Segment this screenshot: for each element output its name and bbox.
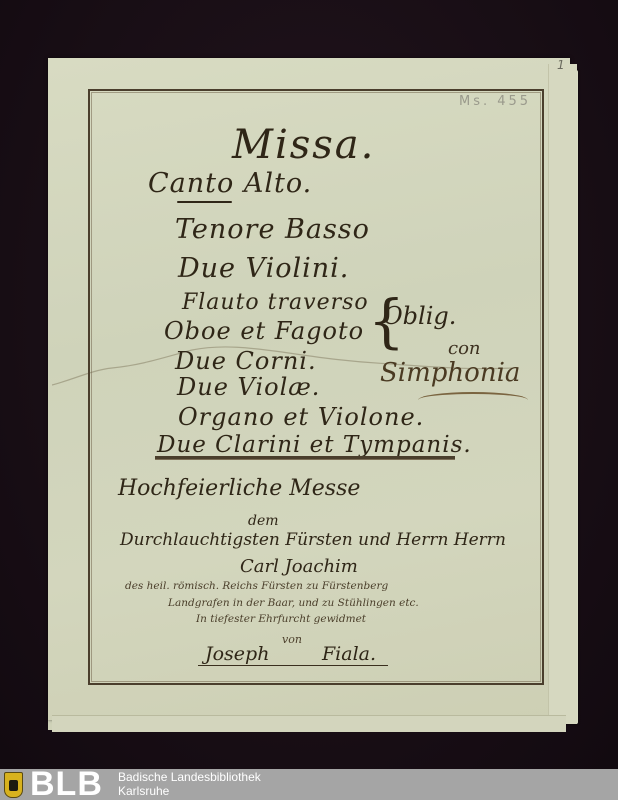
scoring-line-5: Oboe et Fagoto bbox=[164, 317, 364, 345]
scoring-line-8: Organo et Violone. bbox=[178, 403, 424, 431]
dedication-heading: Hochfeierliche Messe bbox=[118, 476, 360, 501]
folio-number: 1 bbox=[557, 58, 565, 72]
simphonia-label: Simphonia bbox=[380, 358, 520, 388]
shelfmark: Ms. 455 bbox=[459, 94, 531, 109]
scoring-line-7: Due Violæ. bbox=[177, 373, 320, 401]
scoring-line-4: Flauto traverso bbox=[182, 290, 369, 315]
library-footer: BLB Badische Landesbibliothek Karlsruhe bbox=[0, 769, 618, 800]
obligato-note: Oblig. bbox=[383, 302, 456, 330]
scoring-line-6: Due Corni. bbox=[175, 347, 317, 375]
scoring-line-9: Due Clarini et Tympanis. bbox=[157, 432, 472, 458]
paper-right-fold bbox=[548, 64, 577, 724]
coat-of-arms-icon bbox=[4, 772, 23, 798]
dedication-line-b: Landgrafen in der Baar, und zu Stühlinge… bbox=[168, 597, 419, 609]
paper-bottom-fold bbox=[52, 715, 566, 732]
scoring-line-2: Tenore Basso bbox=[175, 214, 370, 245]
title-missa: Missa. bbox=[232, 122, 375, 168]
composer-first-name: Joseph bbox=[205, 643, 269, 665]
dedication-name: Carl Joachim bbox=[240, 556, 358, 577]
dedication-von: von bbox=[282, 633, 302, 646]
blb-logo[interactable]: BLB bbox=[30, 767, 103, 800]
library-city: Karlsruhe bbox=[118, 785, 169, 798]
dedication-addressee: Durchlauchtigsten Fürsten und Herrn Herr… bbox=[120, 530, 506, 550]
composer-last-name: Fiala. bbox=[322, 643, 376, 665]
con-label: con bbox=[448, 338, 481, 359]
flourish-line bbox=[177, 201, 232, 203]
swash-flourish bbox=[418, 392, 528, 408]
horizontal-divider bbox=[155, 456, 455, 460]
dedication-line-a: des heil. römisch. Reichs Fürsten zu Für… bbox=[125, 580, 388, 592]
signature-underline bbox=[198, 665, 388, 666]
dedication-dem: dem bbox=[248, 513, 279, 529]
scoring-line-3: Due Violini. bbox=[178, 253, 349, 284]
dedication-line-c: In tiefester Ehrfurcht gewidmet bbox=[196, 613, 366, 625]
library-name: Badische Landesbibliothek bbox=[118, 771, 261, 784]
scoring-line-1: Canto Alto. bbox=[148, 168, 312, 199]
